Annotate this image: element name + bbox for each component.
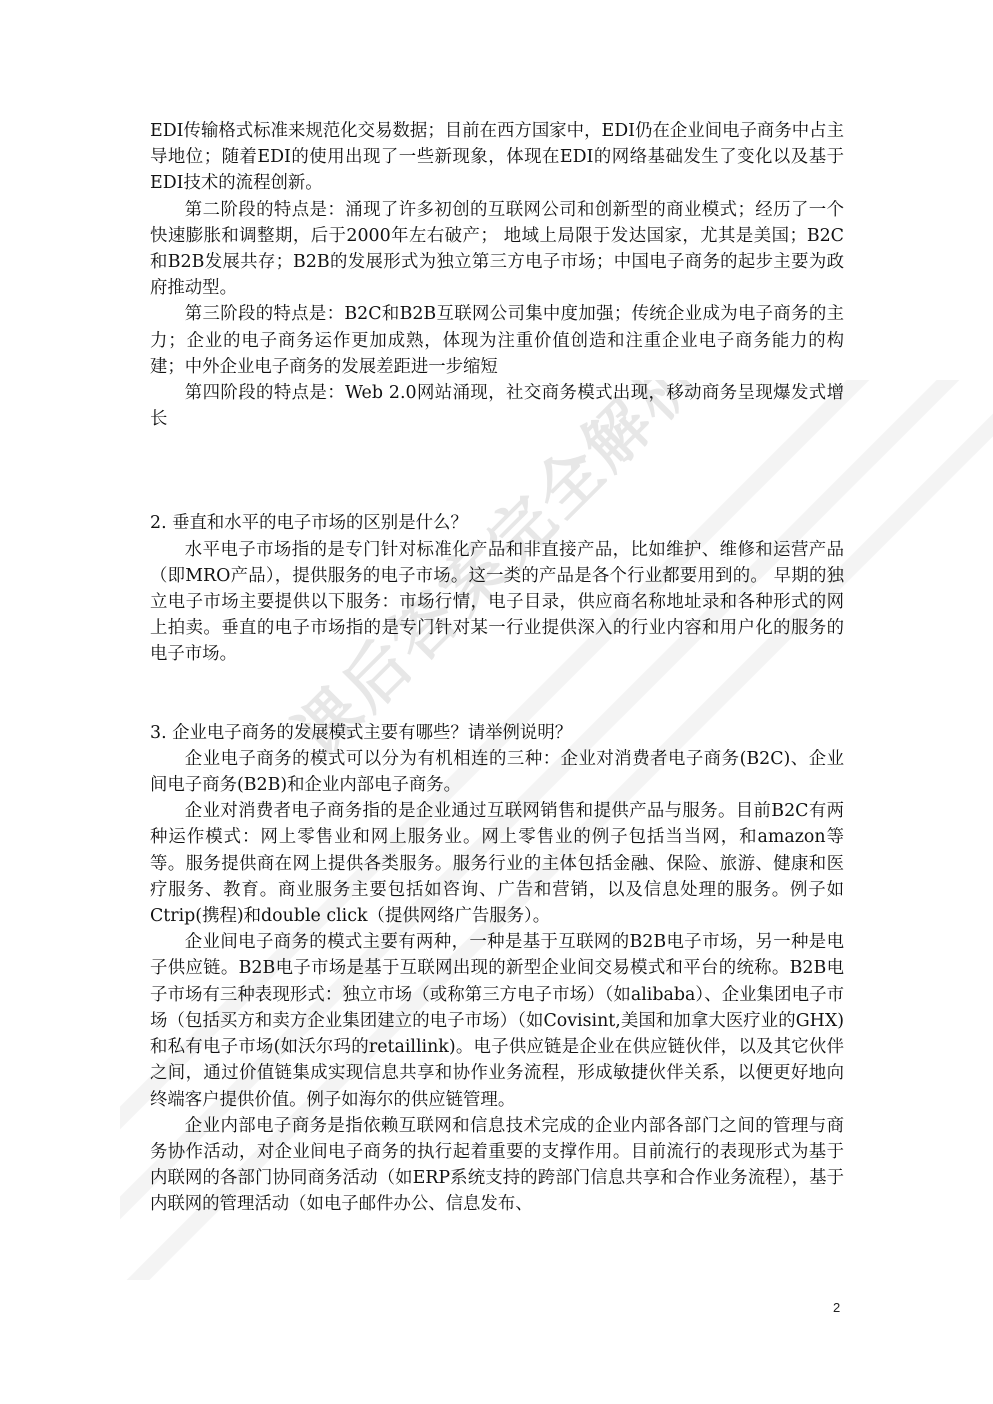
document-page: 课后答案完全解析 EDI传输格式标准来规范化交易数据；目前在西方国家中，EDI仍… bbox=[0, 0, 993, 1404]
question-3-paragraph-4: 企业内部电子商务是指依赖互联网和信息技术完成的企业内部各部门之间的管理与商务协作… bbox=[150, 1113, 844, 1218]
stage4-paragraph: 第四阶段的特点是：Web 2.0网站涌现，社交商务模式出现，移动商务呈现爆发式增… bbox=[150, 380, 844, 432]
question-3-title: 3. 企业电子商务的发展模式主要有哪些？请举例说明？ bbox=[150, 720, 844, 746]
stage2-paragraph: 第二阶段的特点是：涌现了许多初创的互联网公司和创新型的商业模式；经历了一个快速膨… bbox=[150, 197, 844, 302]
spacer bbox=[150, 432, 844, 510]
stage3-paragraph: 第三阶段的特点是：B2C和B2B互联网公司集中度加强；传统企业成为电子商务的主力… bbox=[150, 301, 844, 380]
question-3-paragraph-1: 企业电子商务的模式可以分为有机相连的三种：企业对消费者电子商务(B2C)、企业间… bbox=[150, 746, 844, 798]
spacer bbox=[150, 668, 844, 720]
question-3-paragraph-3: 企业间电子商务的模式主要有两种，一种是基于互联网的B2B电子市场，另一种是电子供… bbox=[150, 929, 844, 1112]
question-2-answer: 水平电子市场指的是专门针对标准化产品和非直接产品，比如维护、维修和运营产品（即M… bbox=[150, 537, 844, 668]
question-2-title: 2. 垂直和水平的电子市场的区别是什么？ bbox=[150, 510, 844, 536]
intro-paragraph: EDI传输格式标准来规范化交易数据；目前在西方国家中，EDI仍在企业间电子商务中… bbox=[150, 118, 844, 197]
question-3-paragraph-2: 企业对消费者电子商务指的是企业通过互联网销售和提供产品与服务。目前B2C有两种运… bbox=[150, 798, 844, 929]
document-body: EDI传输格式标准来规范化交易数据；目前在西方国家中，EDI仍在企业间电子商务中… bbox=[150, 118, 844, 1218]
page-number: 2 bbox=[833, 1300, 840, 1315]
